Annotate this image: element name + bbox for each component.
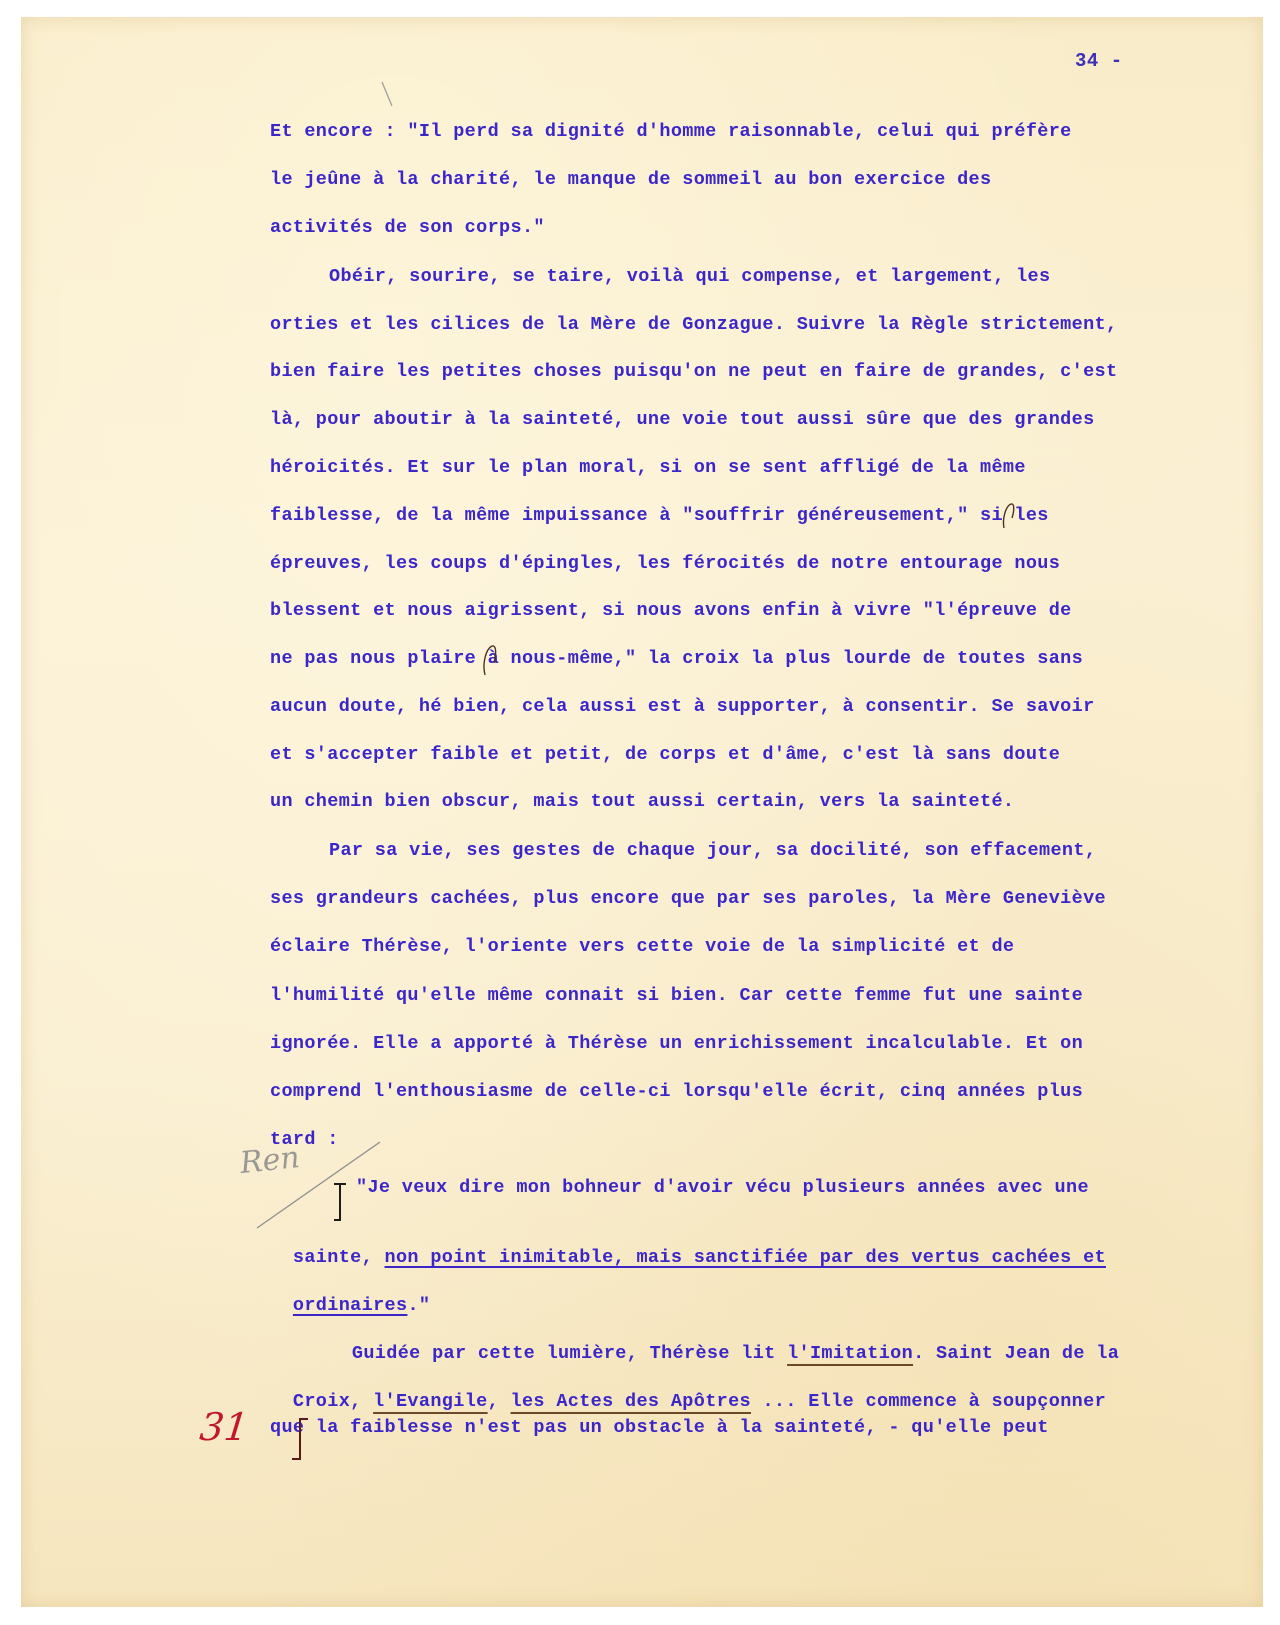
underlined-title: l'Evangile: [373, 1391, 488, 1412]
text-line: comprend l'enthousiasme de celle-ci lors…: [270, 1081, 1083, 1103]
quote-line: "Je veux dire mon bohneur d'avoir vécu p…: [356, 1177, 1089, 1199]
text-line: éclaire Thérèse, l'oriente vers cette vo…: [270, 936, 1014, 958]
text-span: ... Elle commence à soupçonner: [751, 1391, 1106, 1412]
text-line: l'humilité qu'elle même connait si bien.…: [270, 985, 1083, 1007]
text-line: Par sa vie, ses gestes de chaque jour, s…: [329, 840, 1096, 862]
pencil-margin-note: Ren: [238, 1140, 301, 1181]
text-line: Et encore : "Il perd sa dignité d'homme …: [270, 121, 1072, 143]
text-span: . Saint Jean de la: [913, 1343, 1119, 1364]
text-line: bien faire les petites choses puisqu'on …: [270, 361, 1117, 383]
text-line: aucun doute, hé bien, cela aussi est à s…: [270, 696, 1095, 718]
text-span: Guidée par cette lumière, Thérèse lit: [352, 1343, 787, 1364]
underlined-title: les Actes des Apôtres: [511, 1391, 752, 1412]
text-line: ne pas nous plaire à nous-même," la croi…: [270, 648, 1083, 670]
text-line: blessent et nous aigrissent, si nous avo…: [270, 600, 1072, 622]
text-line: que la faiblesse n'est pas un obstacle à…: [270, 1417, 1049, 1439]
text-span: ,: [488, 1391, 511, 1412]
stray-pencil-mark: [380, 80, 396, 110]
quote-text: .": [407, 1295, 430, 1316]
page-number: 34 -: [1075, 50, 1123, 72]
bracket-mark: [330, 1180, 350, 1224]
text-line: Obéir, sourire, se taire, voilà qui comp…: [329, 266, 1050, 288]
text-line: orties et les cilices de la Mère de Gonz…: [270, 314, 1117, 336]
text-line: activités de son corps.": [270, 217, 545, 239]
text-line: et s'accepter faible et petit, de corps …: [270, 744, 1060, 766]
text-line: Croix, l'Evangile, les Actes des Apôtres…: [270, 1369, 1106, 1413]
quote-text: sainte,: [293, 1247, 385, 1268]
text-line: le jeûne à la charité, le manque de somm…: [270, 169, 991, 191]
text-line: un chemin bien obscur, mais tout aussi c…: [270, 791, 1014, 813]
quote-line: sainte, non point inimitable, mais sanct…: [270, 1225, 1106, 1269]
bracket-mark: [290, 1415, 310, 1465]
text-line: ses grandeurs cachées, plus encore que p…: [270, 888, 1106, 910]
underlined-title: l'Imitation: [787, 1343, 913, 1364]
text-line: ignorée. Elle a apporté à Thérèse un enr…: [270, 1033, 1083, 1055]
text-line: faiblesse, de la même impuissance à "sou…: [270, 505, 1049, 527]
text-line: Guidée par cette lumière, Thérèse lit l'…: [329, 1321, 1119, 1365]
text-line: là, pour aboutir à la sainteté, une voie…: [270, 409, 1095, 431]
proofreading-mark: [481, 643, 499, 677]
red-margin-number: 31: [198, 1405, 251, 1449]
proofreading-mark: [1000, 500, 1018, 534]
underlined-quote-text: ordinaires: [293, 1295, 408, 1316]
text-span: Croix,: [293, 1391, 373, 1412]
quote-line: ordinaires.": [270, 1273, 430, 1317]
text-line: épreuves, les coups d'épingles, les féro…: [270, 553, 1060, 575]
underlined-quote-text: non point inimitable, mais sanctifiée pa…: [385, 1247, 1106, 1268]
text-line: héroicités. Et sur le plan moral, si on …: [270, 457, 1026, 479]
